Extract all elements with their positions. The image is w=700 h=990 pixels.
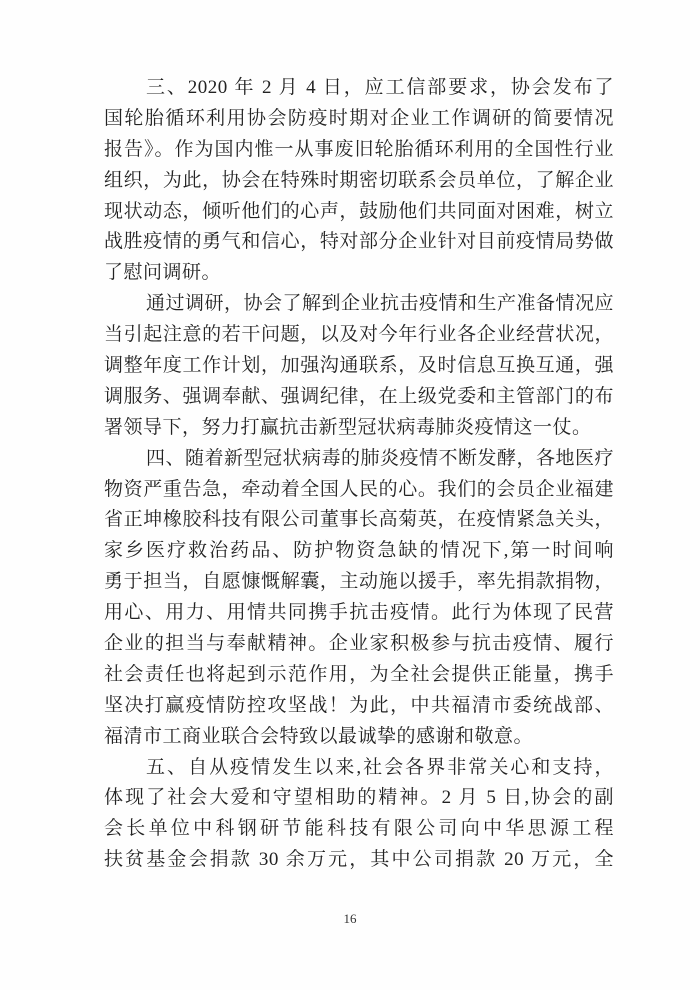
text-line: 会长单位中科钢研节能科技有限公司向中华思源工程 — [104, 814, 614, 845]
text-line: 了慰问调研。 — [104, 258, 614, 289]
text-line: 五、自从疫情发生以来,社会各界非常关心和支持， — [104, 753, 614, 784]
text-line: 省正坤橡胶科技有限公司董事长高菊英，在疫情紧急关头， — [104, 505, 614, 536]
text-line: 通过调研，协会了解到企业抗击疫情和生产准备情况应 — [104, 289, 614, 320]
text-line: 用心、用力、用情共同携手抗击疫情。此行为体现了民营 — [104, 598, 614, 629]
text-line: 调整年度工作计划，加强沟通联系，及时信息互换互通，强 — [104, 351, 614, 382]
text-line: 体现了社会大爱和守望相助的精神。2 月 5 日,协会的副 — [104, 783, 614, 814]
text-line: 扶贫基金会捐款 30 余万元，其中公司捐款 20 万元，全 — [104, 845, 614, 876]
document-page: 三、2020 年 2 月 4 日，应工信部要求，协会发布了《中 国轮胎循环利用协… — [0, 0, 700, 990]
paragraph-5-support: 五、自从疫情发生以来,社会各界非常关心和支持， 体现了社会大爱和守望相助的精神。… — [104, 753, 614, 877]
text-line: 署领导下，努力打赢抗击新型冠状病毒肺炎疫情这一仗。 — [104, 413, 614, 444]
text-line: 福清市工商业联合会特致以最诚挚的感谢和敬意。 — [104, 722, 614, 753]
text-line: 勇于担当，自愿慷慨解囊，主动施以援手，率先捐款捐物， — [104, 567, 614, 598]
text-line: 当引起注意的若干问题，以及对今年行业各企业经营状况， — [104, 320, 614, 351]
paragraph-3-report: 三、2020 年 2 月 4 日，应工信部要求，协会发布了《中 国轮胎循环利用协… — [104, 73, 614, 289]
paragraph-4-donation: 四、随着新型冠状病毒的肺炎疫情不断发酵，各地医疗 物资严重告急，牵动着全国人民的… — [104, 444, 614, 753]
text-line: 战胜疫情的勇气和信心，特对部分企业针对目前疫情局势做 — [104, 227, 614, 258]
text-line: 三、2020 年 2 月 4 日，应工信部要求，协会发布了《中 — [104, 73, 614, 104]
text-line: 现状动态，倾听他们的心声，鼓励他们共同面对困难，树立 — [104, 197, 614, 228]
paragraph-survey: 通过调研，协会了解到企业抗击疫情和生产准备情况应 当引起注意的若干问题，以及对今… — [104, 289, 614, 443]
text-line: 物资严重告急，牵动着全国人民的心。我们的会员企业福建 — [104, 475, 614, 506]
page-number: 16 — [0, 911, 700, 927]
document-body: 三、2020 年 2 月 4 日，应工信部要求，协会发布了《中 国轮胎循环利用协… — [104, 73, 614, 876]
text-line: 调服务、强调奉献、强调纪律，在上级党委和主管部门的布 — [104, 382, 614, 413]
text-line: 社会责任也将起到示范作用，为全社会提供正能量，携手 — [104, 660, 614, 691]
text-line: 企业的担当与奉献精神。企业家积极参与抗击疫情、履行 — [104, 629, 614, 660]
text-line: 四、随着新型冠状病毒的肺炎疫情不断发酵，各地医疗 — [104, 444, 614, 475]
text-line: 家乡医疗救治药品、防护物资急缺的情况下,第一时间响应、 — [104, 536, 614, 567]
text-line: 组织，为此，协会在特殊时期密切联系会员单位，了解企业 — [104, 166, 614, 197]
text-line: 报告》。作为国内惟一从事废旧轮胎循环利用的全国性行业 — [104, 135, 614, 166]
text-line: 国轮胎循环利用协会防疫时期对企业工作调研的简要情况 — [104, 104, 614, 135]
text-line: 坚决打赢疫情防控攻坚战！为此，中共福清市委统战部、 — [104, 691, 614, 722]
